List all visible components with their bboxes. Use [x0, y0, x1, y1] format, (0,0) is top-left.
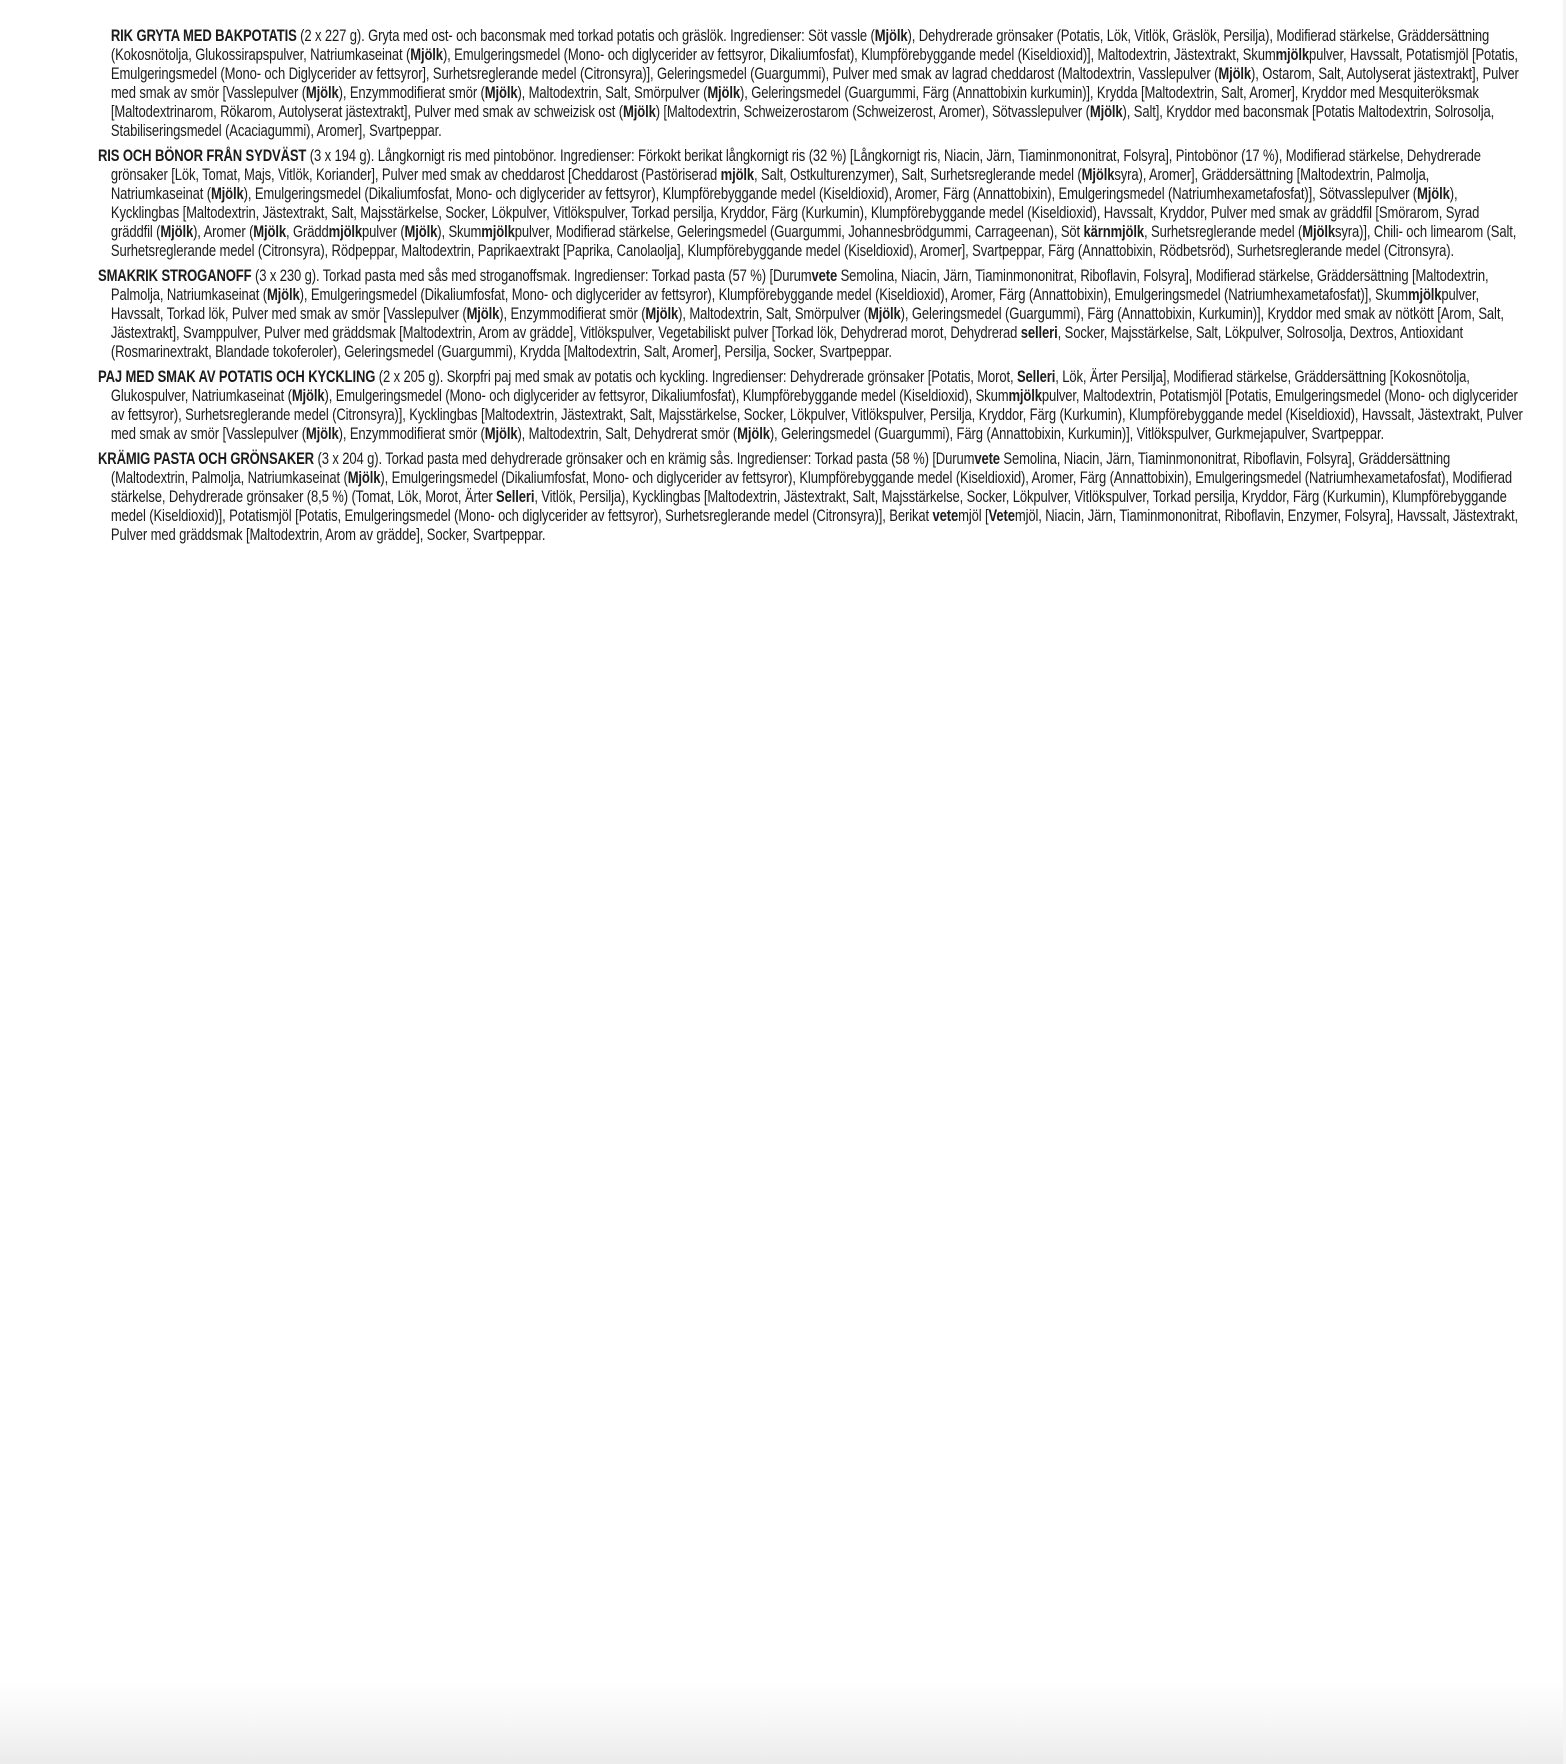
allergen-highlight: Selleri: [1017, 368, 1055, 386]
product-name: RIS OCH BÖNOR FRÅN SYDVÄST: [98, 147, 306, 165]
allergen-highlight: mjölk: [1276, 46, 1309, 64]
allergen-highlight: mjölk: [721, 166, 754, 184]
allergen-highlight: Mjölk: [306, 84, 339, 102]
product-entry: KRÄMIG PASTA OCH GRÖNSAKER (3 x 204 g). …: [98, 450, 1523, 545]
product-name: RIK GRYTA MED BAKPOTATIS: [111, 27, 297, 45]
allergen-highlight: Mjölk: [1417, 185, 1450, 203]
allergen-highlight: Mjölk: [875, 27, 908, 45]
allergen-highlight: vete: [933, 507, 959, 525]
allergen-highlight: Mjölk: [405, 223, 438, 241]
allergen-highlight: Mjölk: [1082, 166, 1115, 184]
allergen-highlight: mjölk: [1408, 286, 1441, 304]
product-name: SMAKRIK STROGANOFF: [98, 267, 251, 285]
allergen-highlight: Mjölk: [737, 425, 770, 443]
allergen-highlight: Selleri: [496, 488, 534, 506]
allergen-highlight: Mjölk: [467, 305, 500, 323]
allergen-highlight: Vete: [989, 507, 1015, 525]
allergen-highlight: Mjölk: [1302, 223, 1335, 241]
product-name: KRÄMIG PASTA OCH GRÖNSAKER: [98, 450, 314, 468]
allergen-highlight: vete: [974, 450, 1000, 468]
product-entry: PAJ MED SMAK AV POTATIS OCH KYCKLING (2 …: [98, 368, 1523, 444]
allergen-highlight: Mjölk: [292, 387, 325, 405]
allergen-highlight: Mjölk: [1090, 103, 1123, 121]
allergen-highlight: Mjölk: [645, 305, 678, 323]
allergen-highlight: Mjölk: [253, 223, 286, 241]
product-entry: RIK GRYTA MED BAKPOTATIS (2 x 227 g). Gr…: [98, 27, 1523, 141]
allergen-highlight: Mjölk: [306, 425, 339, 443]
allergen-highlight: Mjölk: [707, 84, 740, 102]
product-entry: SMAKRIK STROGANOFF (3 x 230 g). Torkad p…: [98, 267, 1523, 362]
allergen-highlight: Mjölk: [485, 425, 518, 443]
allergen-highlight: Mjölk: [410, 46, 443, 64]
allergen-highlight: selleri: [1021, 324, 1058, 342]
product-ingredients: (2 x 227 g). Gryta med ost- och baconsma…: [111, 27, 1519, 140]
allergen-highlight: Mjölk: [211, 185, 244, 203]
allergen-highlight: Mjölk: [348, 469, 381, 487]
ingredient-list: RIK GRYTA MED BAKPOTATIS (2 x 227 g). Gr…: [98, 27, 1523, 551]
allergen-highlight: Mjölk: [160, 223, 193, 241]
product-ingredients: (3 x 194 g). Långkornigt ris med pintobö…: [111, 147, 1516, 260]
allergen-highlight: vete: [811, 267, 837, 285]
allergen-highlight: Mjölk: [267, 286, 300, 304]
allergen-highlight: kärnmjölk: [1084, 223, 1144, 241]
allergen-highlight: Mjölk: [868, 305, 901, 323]
allergen-highlight: Mjölk: [485, 84, 518, 102]
product-ingredients: (3 x 204 g). Torkad pasta med dehydrerad…: [111, 450, 1518, 544]
product-ingredients: (3 x 230 g). Torkad pasta med sås med st…: [111, 267, 1504, 361]
allergen-highlight: mjölk: [329, 223, 362, 241]
allergen-highlight: mjölk: [481, 223, 514, 241]
product-name: PAJ MED SMAK AV POTATIS OCH KYCKLING: [98, 368, 375, 386]
allergen-highlight: Mjölk: [1218, 65, 1251, 83]
allergen-highlight: mjölk: [1008, 387, 1041, 405]
allergen-highlight: Mjölk: [623, 103, 656, 121]
product-entry: RIS OCH BÖNOR FRÅN SYDVÄST (3 x 194 g). …: [98, 147, 1523, 261]
